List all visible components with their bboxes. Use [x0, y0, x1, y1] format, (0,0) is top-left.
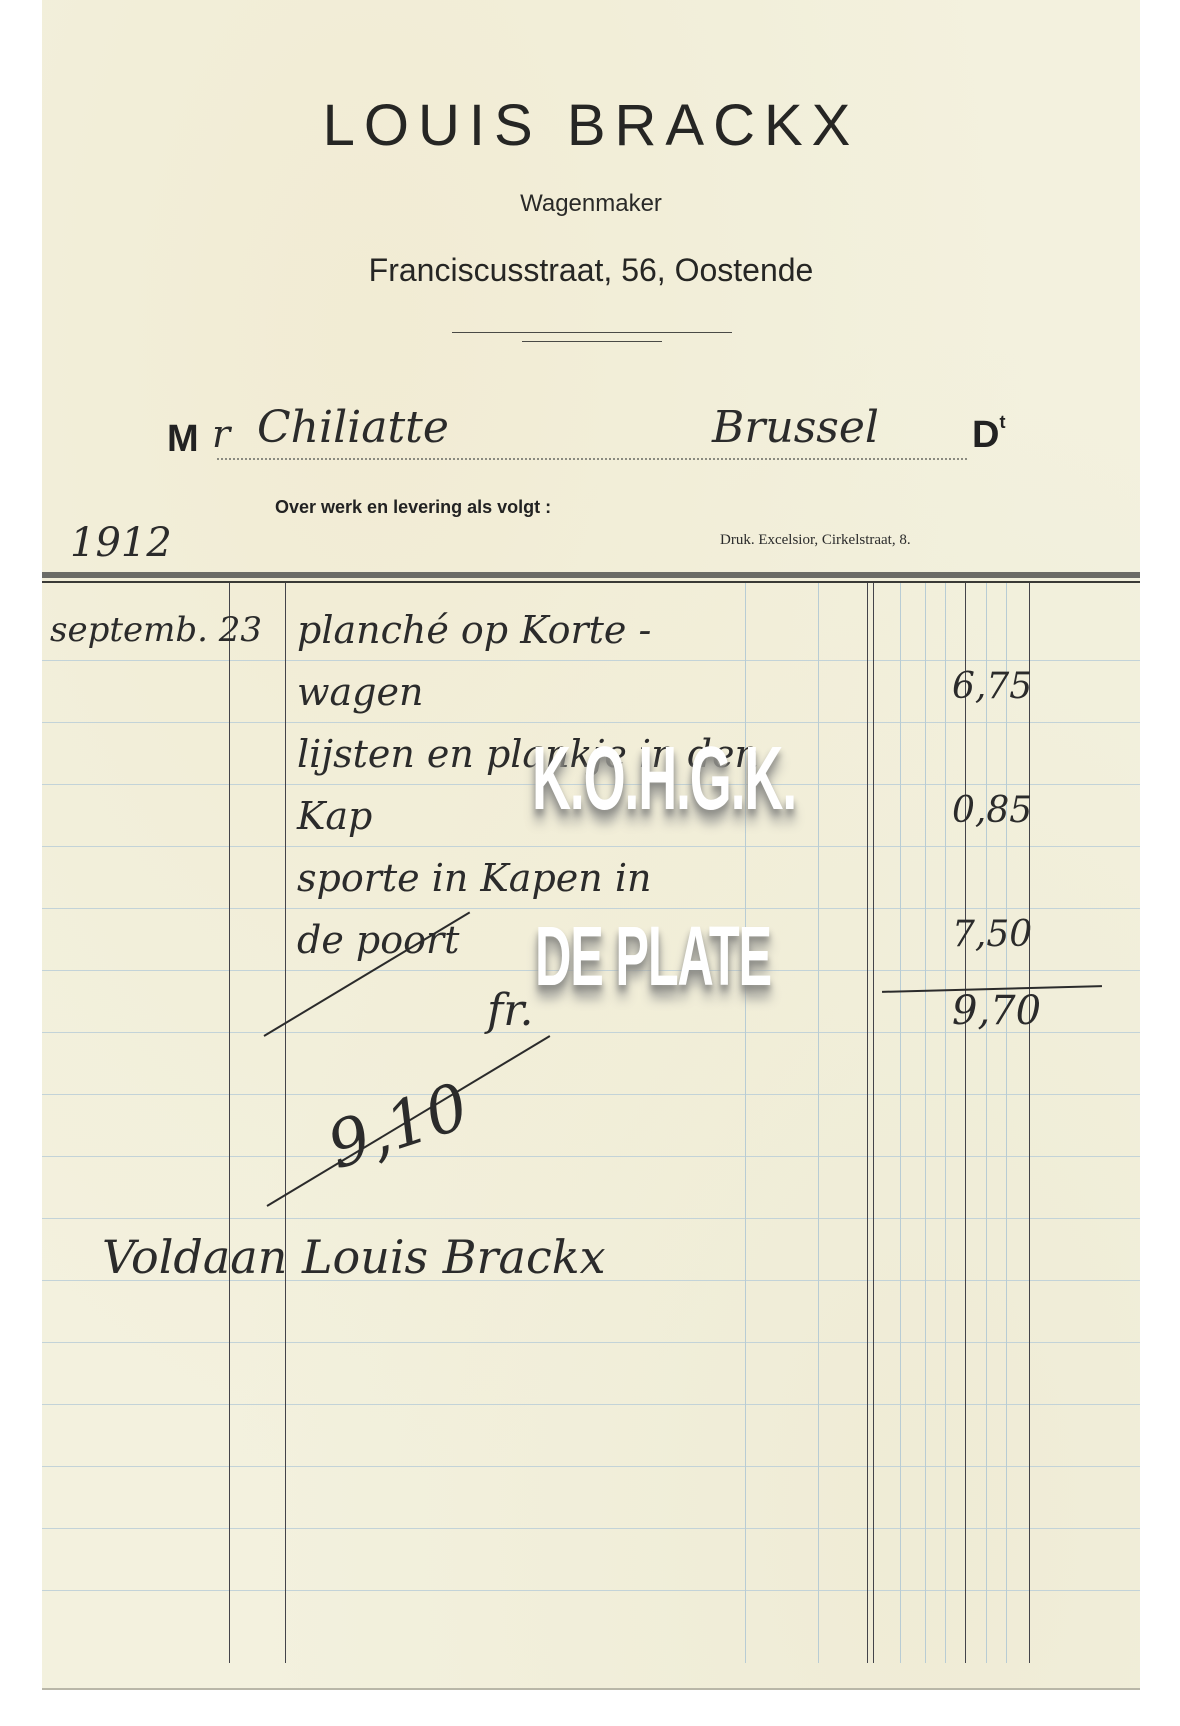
- paid-note-unit: fr.: [487, 985, 533, 1036]
- ruling-vertical: [1006, 583, 1007, 1663]
- amount-column-line: [867, 583, 868, 1663]
- decorative-rule-long: [452, 332, 732, 333]
- entry-amount: 6,75: [952, 666, 1032, 707]
- paid-note-amount: 9,10: [319, 1070, 477, 1184]
- debtor-label: Dt: [972, 414, 1005, 457]
- ruling-line: [42, 1590, 1140, 1591]
- entry-date: septemb. 23: [50, 610, 262, 650]
- intro-text: Over werk en levering als volgt :: [275, 497, 551, 518]
- ruling-vertical: [900, 583, 901, 1663]
- customer-prefix: M: [167, 418, 199, 461]
- ruling-line: [42, 1404, 1140, 1405]
- ruling-line: [42, 1466, 1140, 1467]
- watermark-bottom: DE PLATE: [535, 908, 771, 1005]
- ruling-line: [42, 1094, 1140, 1095]
- debtor-letter: D: [972, 414, 999, 456]
- ruling-line: [42, 1342, 1140, 1343]
- entry-line: Kap: [297, 794, 372, 838]
- ruling-line: [42, 1218, 1140, 1219]
- signature: Voldaan Louis Brackx: [102, 1230, 606, 1284]
- ruling-line: [42, 722, 1140, 723]
- header-rule-thin: [42, 581, 1140, 583]
- ruling-line: [42, 660, 1140, 661]
- printer-credit: Druk. Excelsior, Cirkelstraat, 8.: [720, 532, 911, 549]
- ruling-vertical: [925, 583, 926, 1663]
- invoice-paper: LOUIS BRACKX Wagenmaker Franciscusstraat…: [42, 0, 1140, 1688]
- company-name: LOUIS BRACKX: [42, 92, 1140, 159]
- ruling-vertical: [986, 583, 987, 1663]
- date-column-line: [229, 583, 230, 1663]
- entry-line: sporte in Kapen in: [297, 856, 651, 900]
- ruling-vertical: [818, 583, 819, 1663]
- ruling-line: [42, 1528, 1140, 1529]
- description-column-line: [285, 583, 286, 1663]
- company-address: Franciscusstraat, 56, Oostende: [42, 252, 1140, 289]
- watermark-top: K.O.H.G.K.: [532, 728, 796, 831]
- entry-line: planché op Korte -: [297, 608, 651, 652]
- company-trade: Wagenmaker: [42, 190, 1140, 218]
- ruling-vertical: [945, 583, 946, 1663]
- decorative-rule-short: [522, 341, 662, 342]
- total-amount: 9,70: [952, 988, 1041, 1034]
- customer-title-handwritten: r: [212, 412, 230, 456]
- customer-name-handwritten: Chiliatte: [257, 402, 449, 453]
- entry-amount: 0,85: [952, 790, 1032, 831]
- cents-column-line: [965, 583, 966, 1663]
- entry-line: de poort: [297, 918, 459, 962]
- customer-dotted-line: [217, 458, 967, 460]
- customer-city-handwritten: Brussel: [712, 402, 879, 453]
- year-handwritten: 1912: [70, 520, 172, 566]
- entry-amount: 7,50: [952, 914, 1032, 955]
- entry-line: wagen: [297, 670, 423, 714]
- ruling-line: [42, 846, 1140, 847]
- debtor-superscript: t: [999, 412, 1005, 432]
- amount-column-line-double: [873, 583, 874, 1663]
- right-column-line: [1029, 583, 1030, 1663]
- ruling-line: [42, 1156, 1140, 1157]
- header-rule-thick: [42, 572, 1140, 578]
